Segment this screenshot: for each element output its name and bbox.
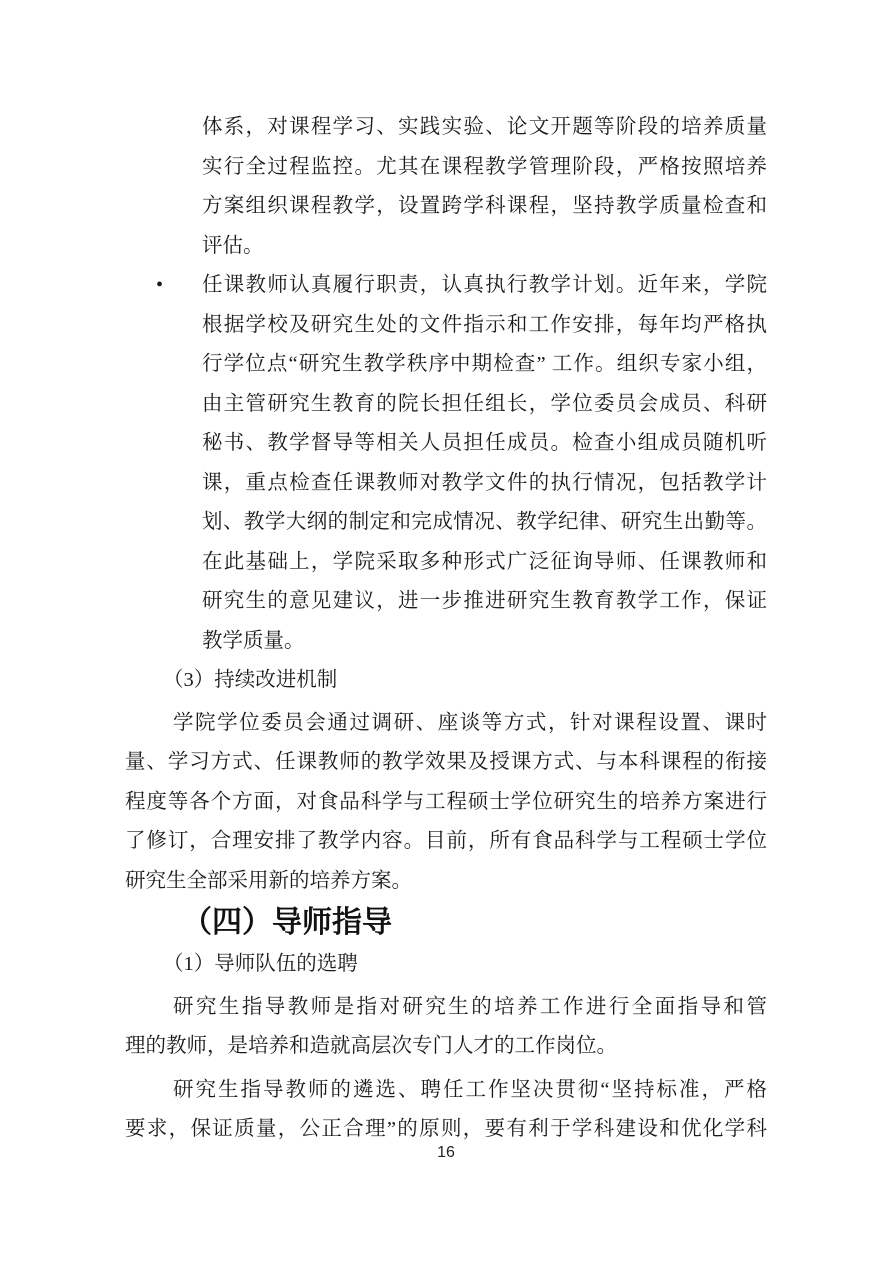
paragraph-supervisor-definition: 研究生指导教师是指对研究生的培养工作进行全面指导和管 理的教师，是培养和造就高层… <box>125 988 767 1067</box>
text-line: 划、教学大纲的制定和完成情况、教学纪律、研究生出勤等。 <box>202 503 767 543</box>
text-line: 理的教师，是培养和造就高层次专门人才的工作岗位。 <box>125 1027 767 1067</box>
text-line: 任课教师认真履行职责，认真执行教学计划。近年来，学院 <box>202 266 767 306</box>
text-line: 教学质量。 <box>202 622 767 662</box>
paragraph-revision: 学院学位委员会通过调研、座谈等方式，针对课程设置、课时 量、学习方式、任课教师的… <box>125 704 767 902</box>
section-heading-supervisor-guidance: （四）导师指导 <box>182 901 767 945</box>
text-line: 课，重点检查任课教师对教学文件的执行情况，包括教学计 <box>202 464 767 504</box>
bullet-icon: • <box>156 266 163 306</box>
text-line: 在此基础上，学院采取多种形式广泛征询导师、任课教师和 <box>202 543 767 583</box>
text-line: 由主管研究生教育的院长担任组长，学位委员会成员、科研 <box>202 385 767 425</box>
paragraph-supervisor-selection: 研究生指导教师的遴选、聘任工作坚决贯彻“坚持标准，严格 要求，保证质量，公正合理… <box>125 1071 767 1150</box>
text-line: 行学位点“研究生教学秩序中期检查” 工作。组织专家小组， <box>202 345 767 385</box>
list-item-teachers: • 任课教师认真履行职责，认真执行教学计划。近年来，学院 根据学校及研究生处的文… <box>202 266 767 661</box>
text-line: 根据学校及研究生处的文件指示和工作安排，每年均严格执 <box>202 306 767 346</box>
document-page: 体系，对课程学习、实践实验、论文开题等阶段的培养质量 实行全过程监控。尤其在课程… <box>0 0 892 1261</box>
list-item-continuation: 体系，对课程学习、实践实验、论文开题等阶段的培养质量 实行全过程监控。尤其在课程… <box>202 108 767 266</box>
text-line: 研究生指导教师的遴选、聘任工作坚决贯彻“坚持标准，严格 <box>125 1071 767 1111</box>
text-line: 实行全过程监控。尤其在课程教学管理阶段，严格按照培养 <box>202 148 767 188</box>
text-line: 学院学位委员会通过调研、座谈等方式，针对课程设置、课时 <box>125 704 767 744</box>
text-line: 评估。 <box>202 227 767 267</box>
numbered-subheading-1: （1）导师队伍的选聘 <box>163 945 767 985</box>
text-line: 研究生全部采用新的培养方案。 <box>125 862 767 902</box>
document-content: 体系，对课程学习、实践实验、论文开题等阶段的培养质量 实行全过程监控。尤其在课程… <box>0 0 892 1150</box>
text-line: 秘书、教学督导等相关人员担任成员。检查小组成员随机听 <box>202 424 767 464</box>
text-line: 体系，对课程学习、实践实验、论文开题等阶段的培养质量 <box>202 108 767 148</box>
text-line: 程度等各个方面，对食品科学与工程硕士学位研究生的培养方案进行 <box>125 783 767 823</box>
text-line: 方案组织课程教学，设置跨学科课程，坚持教学质量检查和 <box>202 187 767 227</box>
page-number: 16 <box>0 1145 892 1161</box>
text-line: 量、学习方式、任课教师的教学效果及授课方式、与本科课程的衔接 <box>125 743 767 783</box>
text-line: 研究生的意见建议，进一步推进研究生教育教学工作，保证 <box>202 582 767 622</box>
text-line: 研究生指导教师是指对研究生的培养工作进行全面指导和管 <box>125 988 767 1028</box>
numbered-subheading-3: （3）持续改进机制 <box>163 661 767 701</box>
text-line: 了修订，合理安排了教学内容。目前，所有食品科学与工程硕士学位 <box>125 822 767 862</box>
